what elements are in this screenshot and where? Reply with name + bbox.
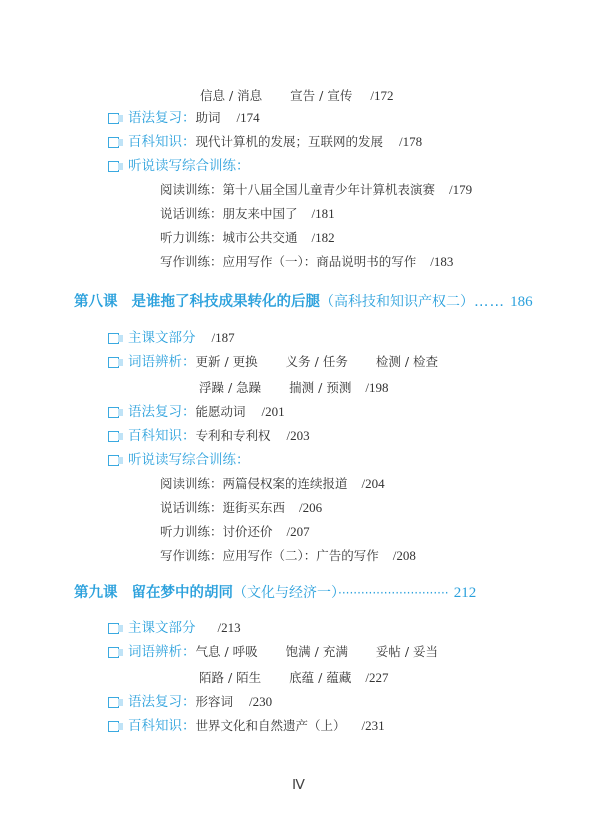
toc-entry-encyclopedia[interactable]: 百科知识：现代计算机的发展；互联网的发展/178 <box>108 134 422 150</box>
checkbox-icon <box>108 407 119 418</box>
toc-entry-integrated[interactable]: 听说读写综合训练： <box>108 452 250 468</box>
section-label: 主课文部分 <box>128 330 196 346</box>
page-footer-number: Ⅳ <box>292 777 305 794</box>
checkbox-icon <box>108 697 119 708</box>
checkbox-icon <box>108 455 119 466</box>
vocab-pair: 饱满 / 充满 <box>286 644 348 660</box>
entry-text: 能愿动词 <box>196 404 246 420</box>
vocab-pair: 检测 / 检查 <box>376 354 438 370</box>
section-label: 语法复习： <box>128 694 196 710</box>
entry-text: 逛街买东西 <box>223 500 286 515</box>
checkbox-icon <box>108 431 119 442</box>
training-entry[interactable]: 写作训练：应用写作（一）：商品说明书的写作/183 <box>160 254 453 270</box>
training-entry[interactable]: 阅读训练：两篇侵权案的连续报道/204 <box>160 476 385 492</box>
vocab-continuation: 信息 / 消息宣告 / 宣传/172 <box>200 88 393 104</box>
leader-dots: ····························· <box>338 586 449 600</box>
training-entry[interactable]: 说话训练：逛街买东西/206 <box>160 500 322 516</box>
toc-entry-encyclopedia[interactable]: 百科知识：世界文化和自然遗产（上）/231 <box>108 718 385 734</box>
checkbox-icon <box>108 161 119 172</box>
toc-entry-grammar[interactable]: 语法复习：能愿动词/201 <box>108 404 285 420</box>
lesson-number: 第八课 <box>74 294 118 310</box>
entry-text: 城市公共交通 <box>223 230 298 245</box>
lesson-subtitle: （高科技和知识产权二） <box>320 294 474 310</box>
vocab-pair: 陌路 / 陌生 <box>199 670 261 685</box>
entry-text: 现代计算机的发展；互联网的发展 <box>196 134 384 150</box>
toc-entry-main-text[interactable]: 主课文部分/187 <box>108 330 235 346</box>
training-label: 阅读训练： <box>160 182 223 197</box>
page-ref: /187 <box>212 330 235 346</box>
toc-entry-vocab[interactable]: 词语辨析：更新 / 更换义务 / 任务检测 / 检查 <box>108 354 438 370</box>
section-label: 语法复习： <box>128 110 196 126</box>
page-ref: /208 <box>393 548 416 563</box>
section-label: 词语辨析： <box>128 354 196 370</box>
toc-entry-integrated[interactable]: 听说读写综合训练： <box>108 158 250 174</box>
entry-text: 形容词 <box>196 694 234 710</box>
leader-dots: …… <box>474 294 505 310</box>
training-label: 写作训练： <box>160 254 223 269</box>
section-label: 百科知识： <box>128 718 196 734</box>
training-label: 写作训练： <box>160 548 223 563</box>
entry-text: 讨价还价 <box>223 524 273 539</box>
toc-entry-main-text[interactable]: 主课文部分/213 <box>108 620 241 636</box>
page-ref: /203 <box>287 428 310 444</box>
training-entry[interactable]: 听力训练：城市公共交通/182 <box>160 230 335 246</box>
training-label: 说话训练： <box>160 206 223 221</box>
page-ref: /198 <box>365 380 388 395</box>
training-label: 听力训练： <box>160 230 223 245</box>
training-entry[interactable]: 听力训练：讨价还价/207 <box>160 524 310 540</box>
entry-text: 世界文化和自然遗产（上） <box>196 718 346 734</box>
section-label: 百科知识： <box>128 134 196 150</box>
chapter-heading-lesson-8[interactable]: 第八课是谁拖了科技成果转化的后腿（高科技和知识产权二）…… 186 <box>74 290 533 311</box>
section-label: 语法复习： <box>128 404 196 420</box>
training-label: 阅读训练： <box>160 476 223 491</box>
vocab-pair: 宣告 / 宣传 <box>290 88 352 103</box>
page-ref: /227 <box>365 670 388 685</box>
training-entry[interactable]: 阅读训练：第十八届全国儿童青少年计算机表演赛/179 <box>160 182 472 198</box>
checkbox-icon <box>108 721 119 732</box>
checkbox-icon <box>108 113 119 124</box>
vocab-pair: 气息 / 呼吸 <box>196 644 258 660</box>
section-label: 听说读写综合训练： <box>128 158 250 174</box>
section-label: 百科知识： <box>128 428 196 444</box>
page-ref: /182 <box>312 230 335 245</box>
vocab-pair: 义务 / 任务 <box>286 354 348 370</box>
toc-entry-grammar[interactable]: 语法复习：助词/174 <box>108 110 260 126</box>
checkbox-icon <box>108 357 119 368</box>
vocab-pair: 更新 / 更换 <box>196 354 258 370</box>
entry-text: 第十八届全国儿童青少年计算机表演赛 <box>223 182 436 197</box>
section-label: 听说读写综合训练： <box>128 452 250 468</box>
checkbox-icon <box>108 333 119 344</box>
checkbox-icon <box>108 137 119 148</box>
page-ref: /178 <box>399 134 422 150</box>
lesson-number: 第九课 <box>74 585 118 601</box>
page-ref: /174 <box>237 110 260 126</box>
vocab-pair: 妥帖 / 妥当 <box>376 644 438 660</box>
entry-text: 助词 <box>196 110 221 126</box>
checkbox-icon <box>108 623 119 634</box>
entry-text: 专利和专利权 <box>196 428 271 444</box>
lesson-subtitle: （文化与经济一） <box>233 585 338 601</box>
vocab-pair: 底蕴 / 蕴藏 <box>289 670 351 685</box>
page-ref: /181 <box>312 206 335 221</box>
section-label: 主课文部分 <box>128 620 196 636</box>
page-ref: /183 <box>430 254 453 269</box>
entry-text: 应用写作（二）：广告的写作 <box>223 548 379 563</box>
vocab-row-2: 陌路 / 陌生底蕴 / 蕴藏/227 <box>199 670 388 686</box>
page-ref: /172 <box>370 88 393 103</box>
page-ref: /201 <box>262 404 285 420</box>
training-entry[interactable]: 说话训练：朋友来中国了/181 <box>160 206 335 222</box>
toc-entry-encyclopedia[interactable]: 百科知识：专利和专利权/203 <box>108 428 310 444</box>
page-ref: /204 <box>362 476 385 491</box>
lesson-title: 留在梦中的胡同 <box>132 585 234 601</box>
section-label: 词语辨析： <box>128 644 196 660</box>
page-ref: /207 <box>287 524 310 539</box>
page-ref: /206 <box>299 500 322 515</box>
checkbox-icon <box>108 647 119 658</box>
vocab-row-2: 浮躁 / 急躁揣测 / 预测/198 <box>199 380 388 396</box>
toc-entry-grammar[interactable]: 语法复习：形容词/230 <box>108 694 272 710</box>
entry-text: 朋友来中国了 <box>223 206 298 221</box>
entry-text: 两篇侵权案的连续报道 <box>223 476 348 491</box>
training-entry[interactable]: 写作训练：应用写作（二）：广告的写作/208 <box>160 548 416 564</box>
training-label: 说话训练： <box>160 500 223 515</box>
page-ref: /231 <box>362 718 385 734</box>
vocab-pair: 信息 / 消息 <box>200 88 262 103</box>
entry-text: 应用写作（一）：商品说明书的写作 <box>223 254 417 269</box>
page-ref: /213 <box>218 620 241 636</box>
chapter-heading-lesson-9[interactable]: 第九课留在梦中的胡同（文化与经济一）······················… <box>74 581 476 602</box>
page-number: 212 <box>454 585 477 601</box>
training-label: 听力训练： <box>160 524 223 539</box>
toc-entry-vocab[interactable]: 词语辨析：气息 / 呼吸饱满 / 充满妥帖 / 妥当 <box>108 644 438 660</box>
page-ref: /230 <box>249 694 272 710</box>
page-ref: /179 <box>449 182 472 197</box>
page-number: 186 <box>510 294 533 310</box>
lesson-title: 是谁拖了科技成果转化的后腿 <box>132 294 321 310</box>
vocab-pair: 揣测 / 预测 <box>289 380 351 395</box>
vocab-pair: 浮躁 / 急躁 <box>199 380 261 395</box>
